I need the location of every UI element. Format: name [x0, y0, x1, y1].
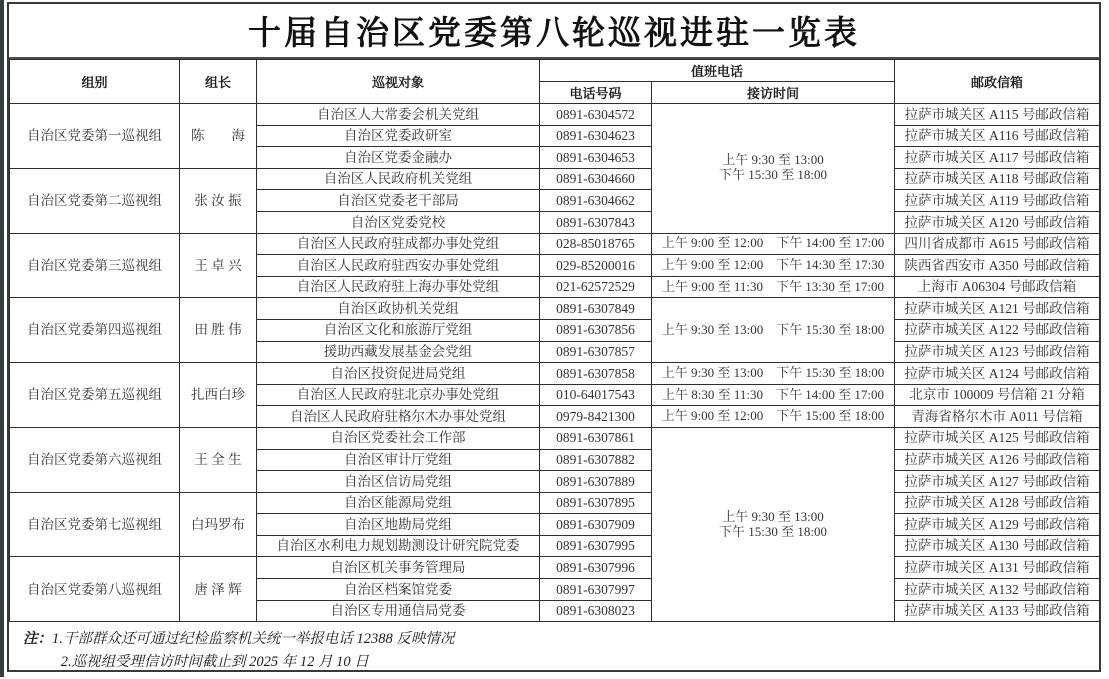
- postbox-cell: 拉萨市城关区 A128 号邮政信箱: [895, 492, 1100, 514]
- postbox-cell: 陕西省西安市 A350 号邮政信箱: [895, 255, 1100, 277]
- leader-cell: 王 卓 兴: [180, 233, 257, 298]
- group-cell: 自治区党委第一巡视组: [10, 104, 180, 169]
- col-header-phone: 电话号码: [540, 82, 652, 104]
- table-header: 组别 组长 巡视对象 值班电话 邮政信箱 电话号码 接访时间: [10, 60, 1100, 104]
- target-cell: 自治区人民政府机关党组: [257, 168, 540, 190]
- postbox-cell: 拉萨市城关区 A124 号邮政信箱: [895, 363, 1100, 385]
- target-cell: 自治区机关事务管理局: [257, 557, 540, 579]
- postbox-cell: 拉萨市城关区 A122 号邮政信箱: [895, 319, 1100, 341]
- visit-time-cell: 上午 9:30 至 13:00下午 15:30 至 18:00: [652, 427, 895, 621]
- leader-cell: 白玛罗布: [180, 492, 257, 557]
- group-cell: 自治区党委第八巡视组: [10, 557, 180, 622]
- table-body: 自治区党委第一巡视组陈 海自治区人大常委会机关党组0891-6304572上午 …: [10, 104, 1100, 622]
- table-row: 自治区党委第六巡视组王 全 生自治区党委社会工作部0891-6307861上午 …: [10, 427, 1100, 449]
- target-cell: 自治区水利电力规划勘测设计研究院党委: [257, 535, 540, 557]
- col-header-group: 组别: [10, 60, 180, 104]
- leader-cell: 陈 海: [180, 104, 257, 169]
- phone-cell: 0891-6307861: [540, 427, 652, 449]
- phone-cell: 0891-6307889: [540, 471, 652, 493]
- postbox-cell: 拉萨市城关区 A129 号邮政信箱: [895, 514, 1100, 536]
- table-row: 自治区党委第四巡视组田 胜 伟自治区政协机关党组0891-6307849上午 9…: [10, 298, 1100, 320]
- table-row: 自治区党委第一巡视组陈 海自治区人大常委会机关党组0891-6304572上午 …: [10, 104, 1100, 126]
- target-cell: 自治区党委老干部局: [257, 190, 540, 212]
- phone-cell: 0891-6307996: [540, 557, 652, 579]
- phone-cell: 0891-6307895: [540, 492, 652, 514]
- notes: 注：1.干部群众还可通过纪检监察机关统一举报电话 12388 反映情况 2.巡视…: [9, 622, 1099, 673]
- target-cell: 自治区党委金融办: [257, 147, 540, 169]
- postbox-cell: 拉萨市城关区 A125 号邮政信箱: [895, 427, 1100, 449]
- postbox-cell: 拉萨市城关区 A116 号邮政信箱: [895, 125, 1100, 147]
- col-header-visit-time: 接访时间: [652, 82, 895, 104]
- phone-cell: 0891-6307849: [540, 298, 652, 320]
- postbox-cell: 拉萨市城关区 A119 号邮政信箱: [895, 190, 1100, 212]
- postbox-cell: 拉萨市城关区 A133 号邮政信箱: [895, 600, 1100, 622]
- target-cell: 自治区党委政研室: [257, 125, 540, 147]
- group-cell: 自治区党委第五巡视组: [10, 363, 180, 428]
- group-cell: 自治区党委第三巡视组: [10, 233, 180, 298]
- postbox-cell: 拉萨市城关区 A126 号邮政信箱: [895, 449, 1100, 471]
- phone-cell: 0891-6304653: [540, 147, 652, 169]
- phone-cell: 0891-6304623: [540, 125, 652, 147]
- col-header-target: 巡视对象: [257, 60, 540, 104]
- col-header-postbox: 邮政信箱: [895, 60, 1100, 104]
- phone-cell: 029-85200016: [540, 255, 652, 277]
- phone-cell: 0891-6307858: [540, 363, 652, 385]
- phone-cell: 0891-6307857: [540, 341, 652, 363]
- leader-cell: 王 全 生: [180, 427, 257, 492]
- target-cell: 自治区专用通信局党委: [257, 600, 540, 622]
- scan-edge-strip: [0, 0, 4, 677]
- table-row: 自治区党委第二巡视组张 汝 振自治区人民政府机关党组0891-6304660拉萨…: [10, 168, 1100, 190]
- postbox-cell: 拉萨市城关区 A118 号邮政信箱: [895, 168, 1100, 190]
- target-cell: 自治区人民政府驻上海办事处党组: [257, 276, 540, 298]
- visit-time-cell: 上午 9:30 至 13:00下午 15:30 至 18:00: [652, 104, 895, 234]
- postbox-cell: 青海省格尔木市 A011 号信箱: [895, 406, 1100, 428]
- group-cell: 自治区党委第四巡视组: [10, 298, 180, 363]
- inspection-table: 组别 组长 巡视对象 值班电话 邮政信箱 电话号码 接访时间 自治区党委第一巡视…: [9, 59, 1100, 622]
- leader-cell: 唐 泽 辉: [180, 557, 257, 622]
- col-header-leader: 组长: [180, 60, 257, 104]
- target-cell: 自治区文化和旅游厅党组: [257, 319, 540, 341]
- group-cell: 自治区党委第七巡视组: [10, 492, 180, 557]
- phone-cell: 010-64017543: [540, 384, 652, 406]
- postbox-cell: 拉萨市城关区 A120 号邮政信箱: [895, 211, 1100, 233]
- leader-cell: 扎西白珍: [180, 363, 257, 428]
- document-frame: 十届自治区党委第八轮巡视进驻一览表 组别 组长 巡视对象 值班电话 邮政信箱 电…: [7, 2, 1101, 672]
- note-text-1: 1.干部群众还可通过纪检监察机关统一举报电话 12388 反映情况: [52, 631, 454, 647]
- target-cell: 自治区投资促进局党组: [257, 363, 540, 385]
- target-cell: 自治区地勘局党组: [257, 514, 540, 536]
- notes-label: 注：: [23, 631, 52, 647]
- leader-cell: 田 胜 伟: [180, 298, 257, 363]
- phone-cell: 0891-6304572: [540, 104, 652, 126]
- phone-cell: 0891-6307856: [540, 319, 652, 341]
- phone-cell: 0891-6304662: [540, 190, 652, 212]
- target-cell: 自治区政协机关党组: [257, 298, 540, 320]
- target-cell: 援助西藏发展基金会党组: [257, 341, 540, 363]
- visit-time-cell: 上午 9:00 至 12:00 下午 14:30 至 17:30: [652, 255, 895, 277]
- phone-cell: 028-85018765: [540, 233, 652, 255]
- phone-cell: 0891-6307995: [540, 535, 652, 557]
- postbox-cell: 拉萨市城关区 A123 号邮政信箱: [895, 341, 1100, 363]
- target-cell: 自治区人民政府驻北京办事处党组: [257, 384, 540, 406]
- target-cell: 自治区信访局党组: [257, 471, 540, 493]
- phone-cell: 0891-6304660: [540, 168, 652, 190]
- table-row: 自治区党委第八巡视组唐 泽 辉自治区机关事务管理局0891-6307996拉萨市…: [10, 557, 1100, 579]
- visit-time-cell: 上午 9:00 至 12:00 下午 15:00 至 18:00: [652, 406, 895, 428]
- table-row: 自治区党委第七巡视组白玛罗布自治区能源局党组0891-6307895拉萨市城关区…: [10, 492, 1100, 514]
- visit-time-cell: 上午 9:30 至 13:00 下午 15:30 至 18:00: [652, 298, 895, 363]
- visit-time-cell: 上午 8:30 至 11:30 下午 14:00 至 17:00: [652, 384, 895, 406]
- phone-cell: 0891-6307882: [540, 449, 652, 471]
- target-cell: 自治区人民政府驻格尔木办事处党组: [257, 406, 540, 428]
- phone-cell: 0891-6307909: [540, 514, 652, 536]
- visit-time-cell: 上午 9:00 至 11:30 下午 13:30 至 17:00: [652, 276, 895, 298]
- postbox-cell: 拉萨市城关区 A117 号邮政信箱: [895, 147, 1100, 169]
- postbox-cell: 拉萨市城关区 A121 号邮政信箱: [895, 298, 1100, 320]
- target-cell: 自治区人大常委会机关党组: [257, 104, 540, 126]
- page-title: 十届自治区党委第八轮巡视进驻一览表: [9, 4, 1099, 59]
- postbox-cell: 拉萨市城关区 A130 号邮政信箱: [895, 535, 1100, 557]
- visit-time-cell: 上午 9:00 至 12:00 下午 14:00 至 17:00: [652, 233, 895, 255]
- postbox-cell: 拉萨市城关区 A131 号邮政信箱: [895, 557, 1100, 579]
- target-cell: 自治区能源局党组: [257, 492, 540, 514]
- target-cell: 自治区党委社会工作部: [257, 427, 540, 449]
- target-cell: 自治区人民政府驻西安办事处党组: [257, 255, 540, 277]
- target-cell: 自治区档案馆党委: [257, 579, 540, 601]
- note-line-2: 2.巡视组受理信访时间截止到 2025 年 12 月 10 日: [61, 651, 1089, 673]
- note-line-1: 注：1.干部群众还可通过纪检监察机关统一举报电话 12388 反映情况: [23, 628, 1089, 650]
- phone-cell: 0891-6307843: [540, 211, 652, 233]
- col-header-duty-phone: 值班电话: [540, 60, 895, 82]
- postbox-cell: 四川省成都市 A615 号邮政信箱: [895, 233, 1100, 255]
- table-row: 自治区党委第五巡视组扎西白珍自治区投资促进局党组0891-6307858上午 9…: [10, 363, 1100, 385]
- group-cell: 自治区党委第二巡视组: [10, 168, 180, 233]
- group-cell: 自治区党委第六巡视组: [10, 427, 180, 492]
- target-cell: 自治区人民政府驻成都办事处党组: [257, 233, 540, 255]
- phone-cell: 0979-8421300: [540, 406, 652, 428]
- table-row: 自治区党委第三巡视组王 卓 兴自治区人民政府驻成都办事处党组028-850187…: [10, 233, 1100, 255]
- postbox-cell: 北京市 100009 号信箱 21 分箱: [895, 384, 1100, 406]
- visit-time-cell: 上午 9:30 至 13:00 下午 15:30 至 18:00: [652, 363, 895, 385]
- phone-cell: 0891-6307997: [540, 579, 652, 601]
- note-text-2: 2.巡视组受理信访时间截止到 2025 年 12 月 10 日: [61, 654, 369, 670]
- postbox-cell: 拉萨市城关区 A132 号邮政信箱: [895, 579, 1100, 601]
- phone-cell: 0891-6308023: [540, 600, 652, 622]
- postbox-cell: 拉萨市城关区 A115 号邮政信箱: [895, 104, 1100, 126]
- postbox-cell: 上海市 A06304 号邮政信箱: [895, 276, 1100, 298]
- phone-cell: 021-62572529: [540, 276, 652, 298]
- target-cell: 自治区审计厅党组: [257, 449, 540, 471]
- leader-cell: 张 汝 振: [180, 168, 257, 233]
- target-cell: 自治区党委党校: [257, 211, 540, 233]
- postbox-cell: 拉萨市城关区 A127 号邮政信箱: [895, 471, 1100, 493]
